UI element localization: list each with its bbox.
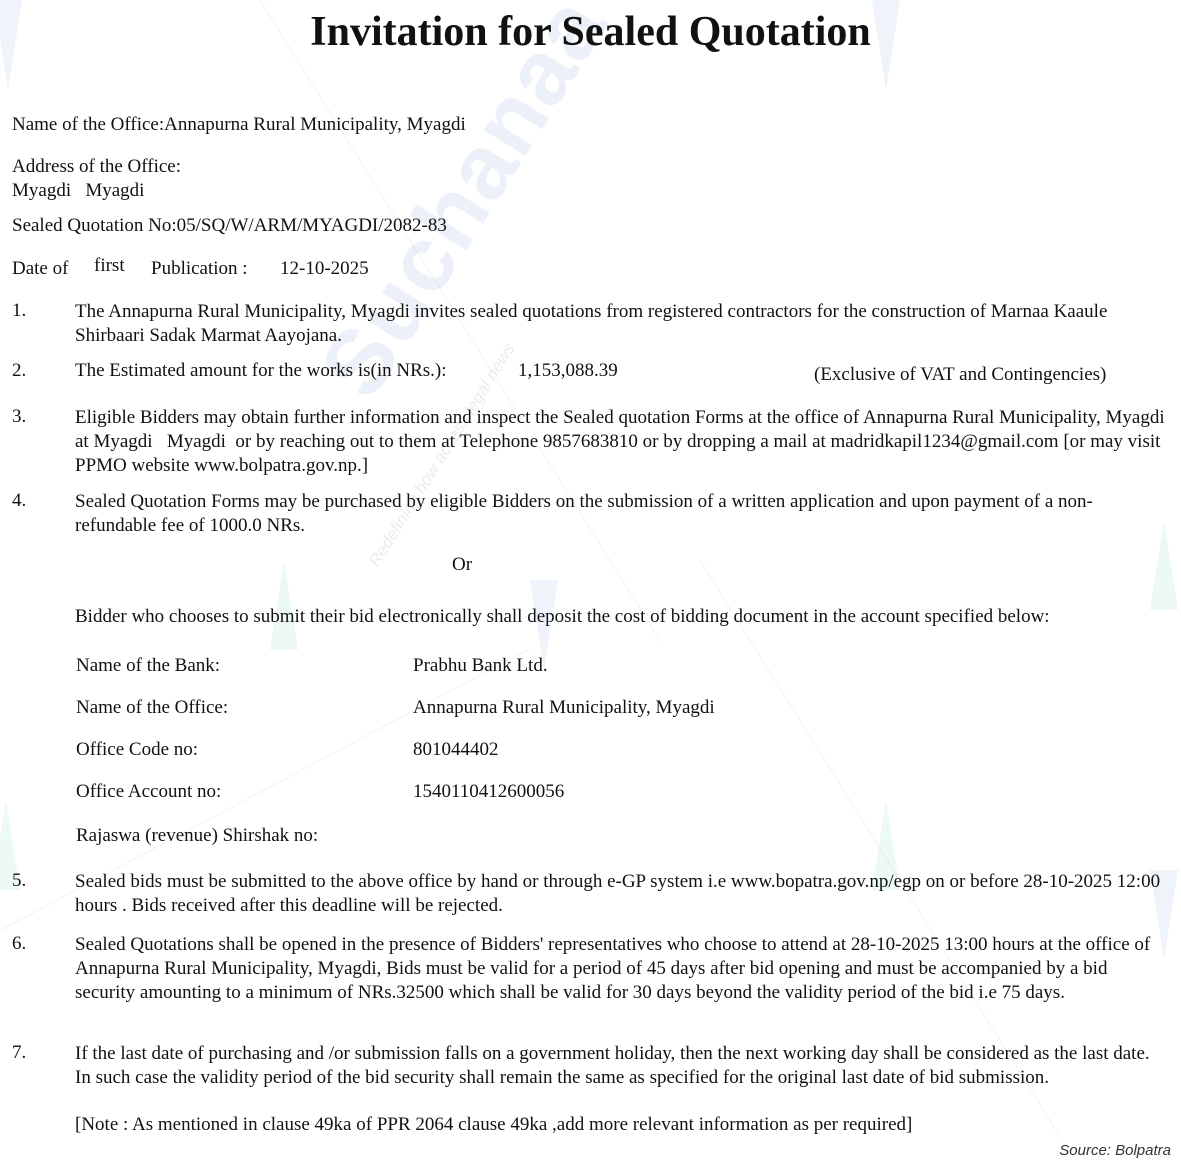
- clause-text: Eligible Bidders may obtain further info…: [75, 406, 1170, 478]
- electronic-submission-intro: Bidder who chooses to submit their bid e…: [75, 606, 1050, 628]
- publication-label-part2: first: [94, 255, 125, 277]
- clause-number: 6.: [12, 933, 26, 955]
- clause-text: Sealed bids must be submitted to the abo…: [75, 870, 1170, 918]
- clause-number: 1.: [12, 300, 26, 322]
- page-title: Invitation for Sealed Quotation: [0, 8, 1181, 56]
- bank-detail-label: Office Code no:: [76, 739, 198, 761]
- bank-detail-value: 1540110412600056: [413, 781, 564, 803]
- clause-text: The Annapurna Rural Municipality, Myagdi…: [75, 300, 1170, 348]
- clause-note: [Note : As mentioned in clause 49ka of P…: [75, 1114, 912, 1136]
- quotation-number: Sealed Quotation No:05/SQ/W/ARM/MYAGDI/2…: [12, 215, 447, 237]
- publication-label-part3: Publication :: [151, 258, 248, 280]
- bank-detail-label: Rajaswa (revenue) Shirshak no:: [76, 825, 318, 847]
- bank-detail-value: 801044402: [413, 739, 499, 761]
- watermark-arrow-icon: [270, 560, 298, 650]
- watermark-brand: Suchanaa: [300, 0, 628, 416]
- clause-number: 7.: [12, 1042, 26, 1064]
- office-name-line: Name of the Office:Annapurna Rural Munic…: [12, 114, 466, 136]
- clause-number: 4.: [12, 490, 26, 512]
- clause-number: 3.: [12, 406, 26, 428]
- estimated-amount: 1,153,088.39: [518, 360, 618, 382]
- bank-detail-label: Office Account no:: [76, 781, 221, 803]
- bank-detail-label: Name of the Office:: [76, 697, 228, 719]
- clause-text: Sealed Quotations shall be opened in the…: [75, 933, 1170, 1005]
- clause-number: 2.: [12, 360, 26, 382]
- source-credit: Source: Bolpatra: [1059, 1142, 1171, 1159]
- publication-date: 12-10-2025: [280, 258, 369, 280]
- address-label: Address of the Office:: [12, 156, 181, 178]
- bank-detail-label: Name of the Bank:: [76, 655, 220, 677]
- or-separator: Or: [452, 554, 472, 576]
- publication-label-part1: Date of: [12, 258, 68, 280]
- amount-note: (Exclusive of VAT and Contingencies): [814, 364, 1106, 386]
- clause-number: 5.: [12, 870, 26, 892]
- clause-text: Sealed Quotation Forms may be purchased …: [75, 490, 1170, 538]
- clause-text: If the last date of purchasing and /or s…: [75, 1042, 1170, 1090]
- address-value: Myagdi Myagdi: [12, 180, 144, 202]
- clause-text: The Estimated amount for the works is(in…: [75, 360, 447, 382]
- bank-detail-value: Prabhu Bank Ltd.: [413, 655, 548, 677]
- bank-detail-value: Annapurna Rural Municipality, Myagdi: [413, 697, 715, 719]
